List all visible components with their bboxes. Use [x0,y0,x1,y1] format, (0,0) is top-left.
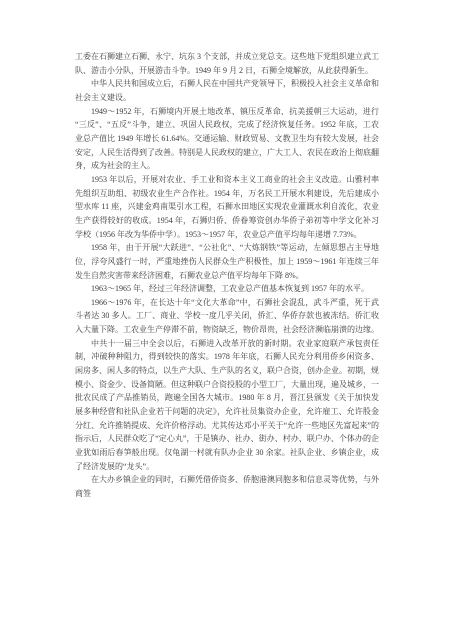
paragraph-4: 1953 年以后，开展对农业、手工业和资本主义工商业的社会主义改造。山雅村率先组… [75,173,379,241]
paragraph-8: 中共十一届三中全会以后，石狮进入改革开放的新时期。农业家庭联产承包责任制，冲破种… [75,337,379,474]
document-page: 工委在石狮建立石狮、永宁、坑东 3 个支部，并成立党总支。这些地下党组织建立武工… [0,0,450,636]
paragraph-1: 工委在石狮建立石狮、永宁、坑东 3 个支部，并成立党总支。这些地下党组织建立武工… [75,50,379,77]
paragraph-2: 中华人民共和国成立后，石狮人民在中国共产党领导下，积极投入社会主义革命和社会主义… [75,77,379,104]
paragraph-3: 1949～1952 年，石狮境内开展土地改革、镇压反革命、抗美援朝三大运动，进行… [75,105,379,173]
paragraph-5: 1958 年，由于开展“大跃进”、“公社化”、“大炼钢铁”等运动，左倾思想占主导… [75,241,379,282]
paragraph-9: 在大办乡镇企业的同时，石狮凭借侨资多、侨胞港澳同胞多和信息灵等优势，与外商签 [75,473,379,500]
document-body-text: 工委在石狮建立石狮、永宁、坑东 3 个支部，并成立党总支。这些地下党组织建立武工… [75,50,379,501]
paragraph-7: 1966～1976 年，在长达十年“文化大革命”中，石狮社会混乱，武斗严重，死于… [75,296,379,337]
paragraph-6: 1963～1965 年，经过三年经济调整，工农业总产值基本恢复到 1957 年的… [75,282,379,296]
